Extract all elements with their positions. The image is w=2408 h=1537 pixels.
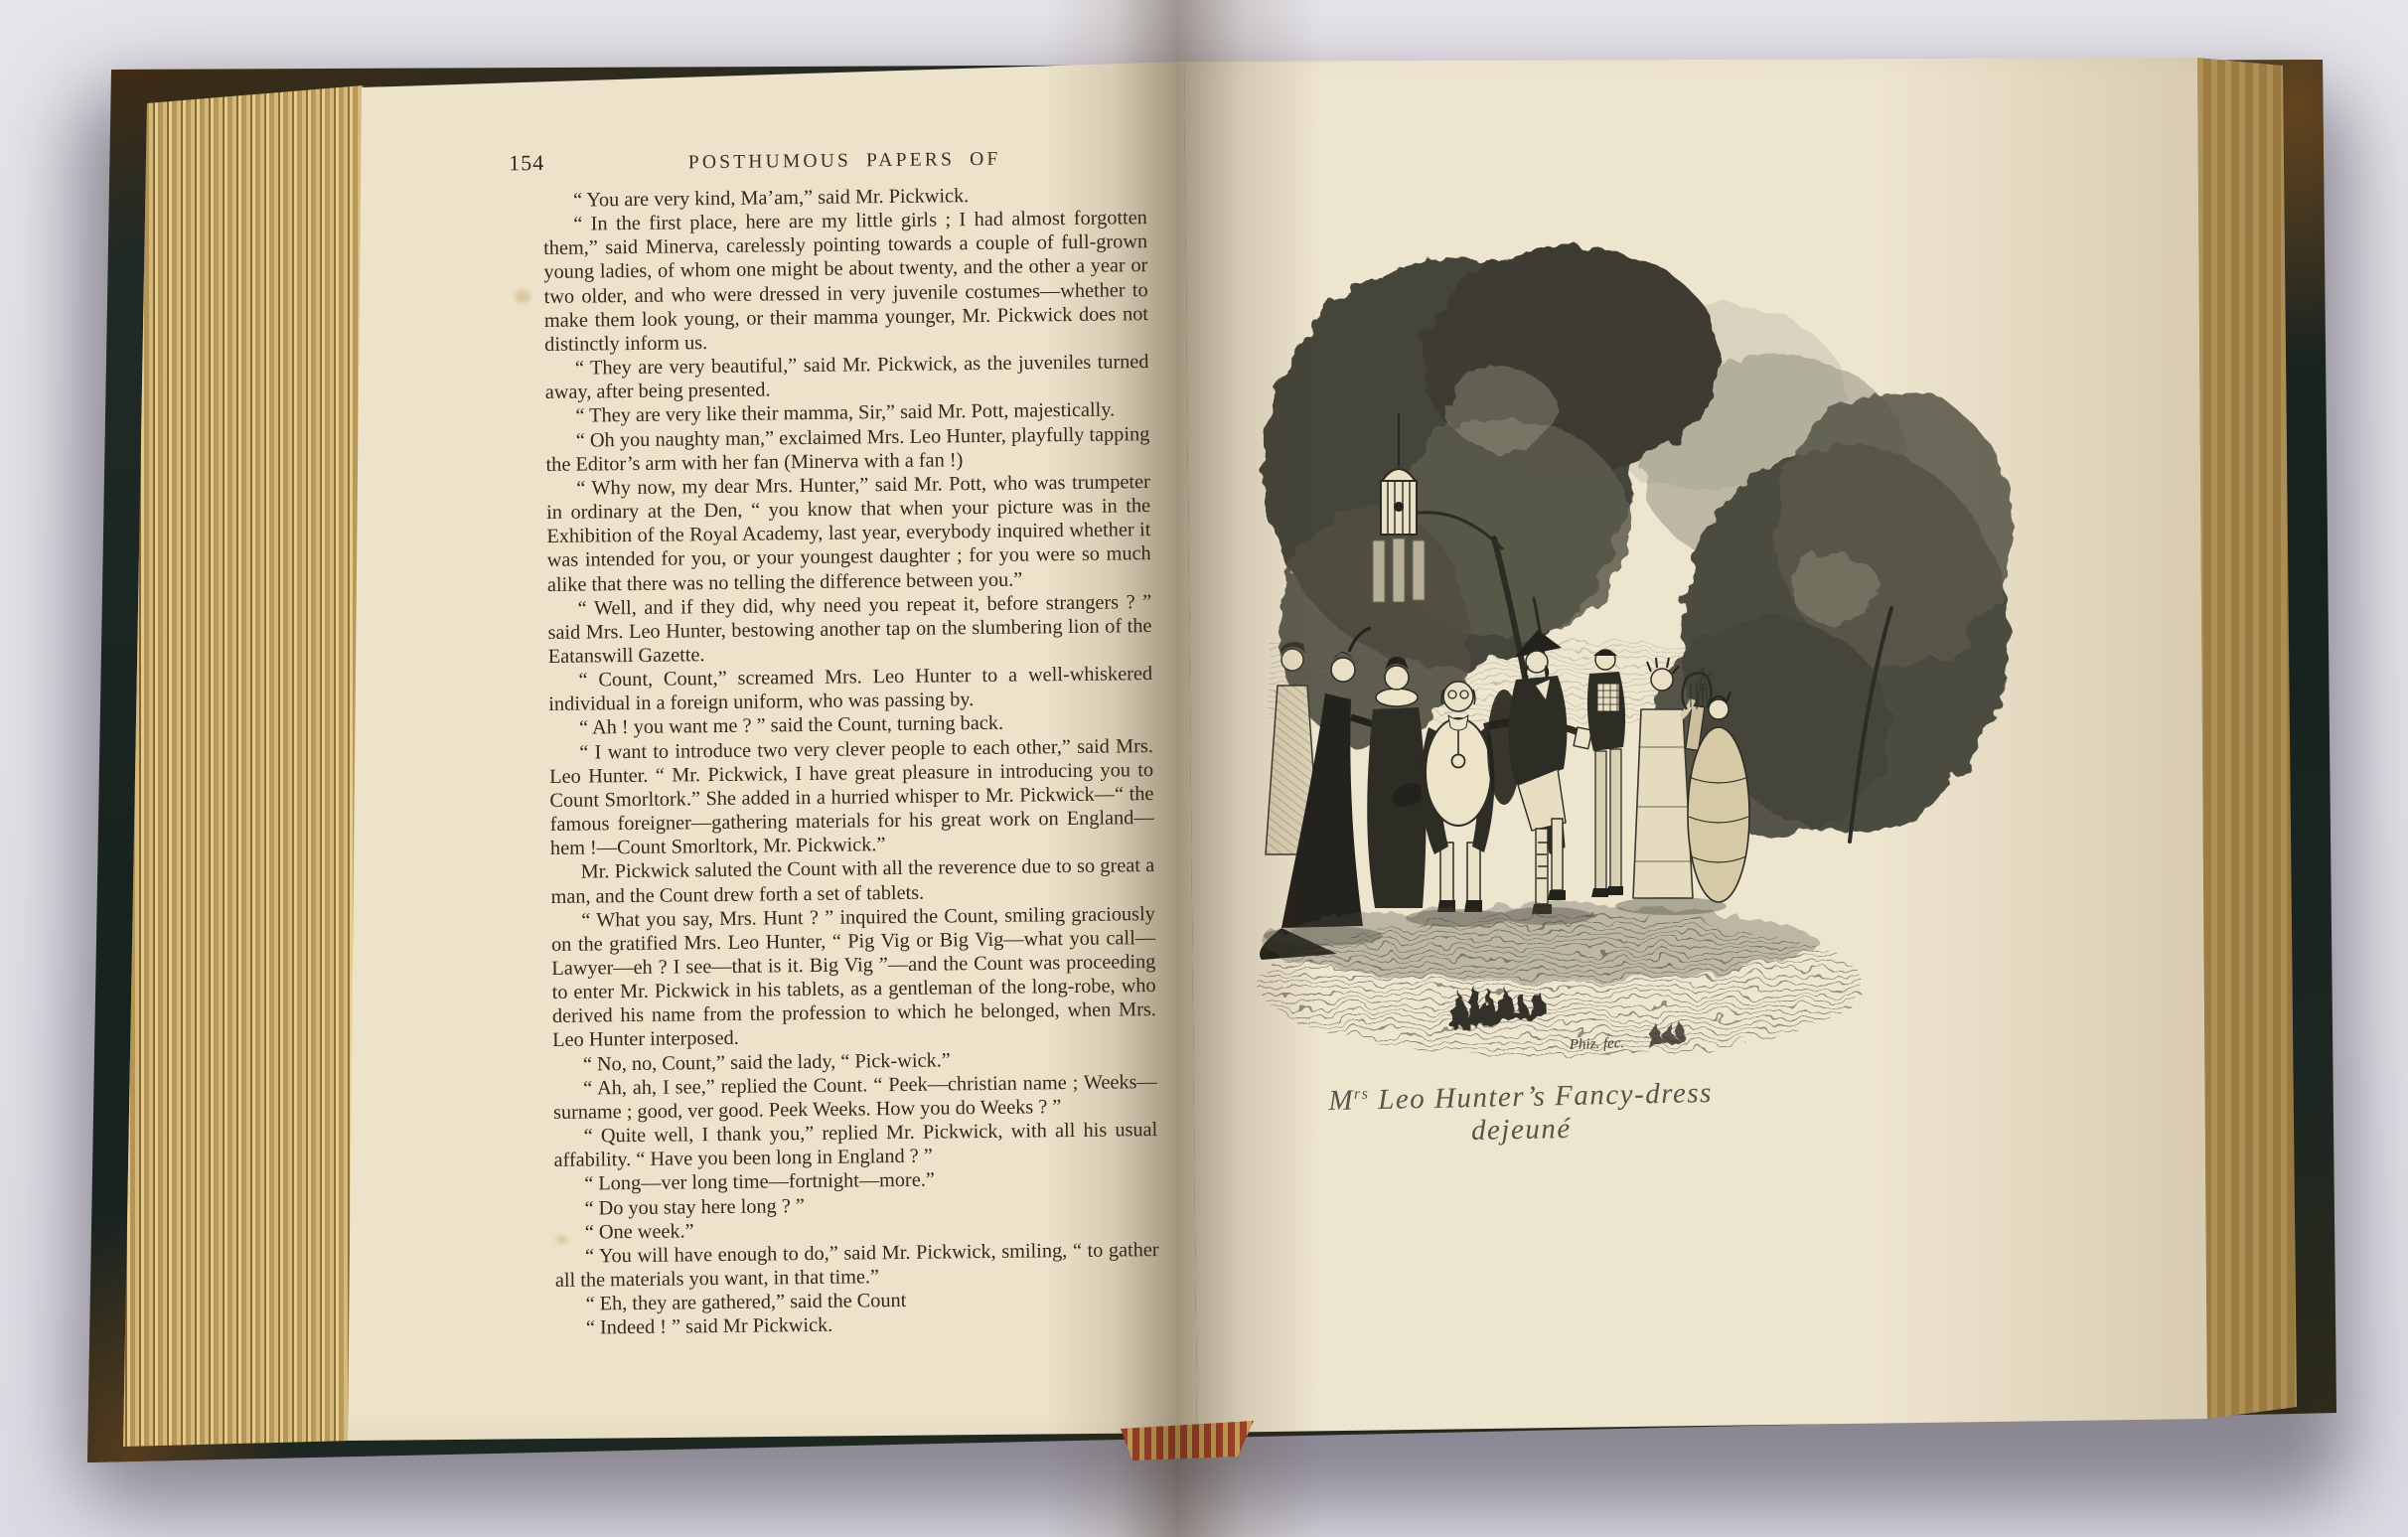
bird-silhouette [1394,502,1404,512]
running-header: POSTHUMOUS PAPERS OF [542,146,1146,177]
caption-text: Leo Hunter’s Fancy-dress dejeuné [1369,1077,1713,1147]
page-header: 154 POSTHUMOUS PAPERS OF [542,142,1146,183]
artist-signature: Phiz. fec. [1569,1035,1625,1053]
page-number: 154 [509,151,544,176]
left-page-text-column: 154 POSTHUMOUS PAPERS OF “ You are very … [542,142,1160,1340]
paragraph: “ They are very beautiful,” said Mr. Pic… [544,350,1149,404]
paragraph: “ You will have enough to do,” said Mr. … [555,1238,1160,1293]
garden-fence [1373,538,1425,602]
paragraph: “ In the first place, here are my little… [543,206,1149,357]
foxing-spot [515,290,530,303]
paragraph: “ What you say, Mrs. Hunt ? ” inquired t… [551,902,1157,1053]
paragraph: Mr. Pickwick saluted the Count with all … [550,853,1155,908]
plate-illustration: Phiz. fec. [1254,211,2015,1077]
fancy-dress-party-etching: Phiz. fec. [1254,211,2015,1077]
ground [1259,906,1865,1057]
caption-superscript: rs [1354,1086,1370,1103]
caption-prefix: M [1328,1085,1354,1118]
figure-checked-waistcoat [1587,650,1625,897]
photo-of-open-book: 154 POSTHUMOUS PAPERS OF “ You are very … [0,0,2408,1537]
paragraph: “ Count, Count,” screamed Mrs. Leo Hunte… [548,662,1153,716]
paragraph: “ Oh you naughty man,” exclaimed Mrs. Le… [545,422,1150,477]
paragraph: “ I want to introduce two very clever pe… [549,734,1154,861]
paragraph: “ Well, and if they did, why need you re… [547,590,1152,669]
paragraph: “ Why now, my dear Mrs. Hunter,” said Mr… [546,470,1151,597]
paragraph: “ Ah, ah, I see,” replied the Count. “ P… [553,1070,1158,1125]
plate-caption: Mrs Leo Hunter’s Fancy-dress dejeuné [1306,1077,1734,1152]
paragraph: “ Quite well, I thank you,” replied Mr. … [553,1118,1158,1172]
